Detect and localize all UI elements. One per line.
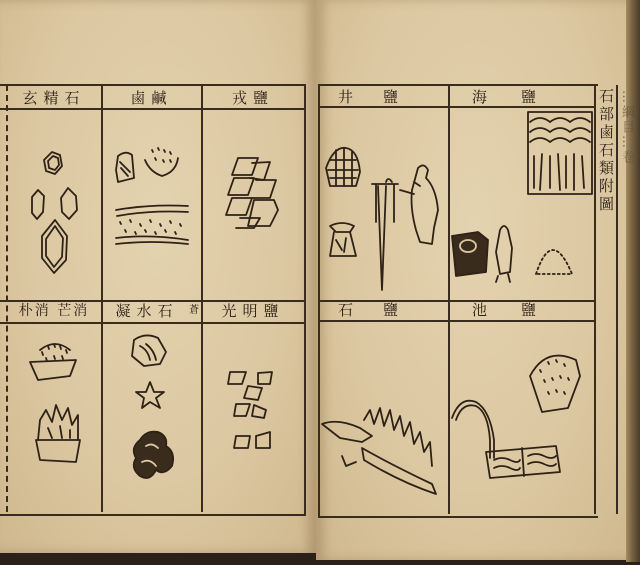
label-luxian: 鹹鹵 [103,87,200,109]
label-shiyan: 鹽石 [320,299,446,321]
label-chiyan: 鹽池 [450,299,592,321]
section-title: 石部鹵石類附圖 [596,88,617,288]
pond-salt-channel-and-basket-illustration [0,0,1,1]
left-col-divider-1 [101,85,103,512]
label-puxiao-mangxiao: 消芒 消朴 [8,300,100,322]
label-ningshuishi: 石水凝 [103,300,191,322]
label-rongyan: 鹽戎 [203,87,303,109]
left-mid-rule-2 [0,322,306,324]
label-annotation: 蒼 [186,300,202,322]
left-col-divider-2 [201,85,203,512]
label-jingyan: 鹽井 [320,86,446,108]
left-edge-rule [6,85,8,512]
label-guangmingyan: 鹽明光 [203,300,303,322]
label-xuanjingshi: 石精玄 [8,87,100,109]
label-haiyan: 鹽海 [450,86,592,108]
running-header: …綱目…卷 [617,90,636,210]
page-edge [626,0,640,562]
